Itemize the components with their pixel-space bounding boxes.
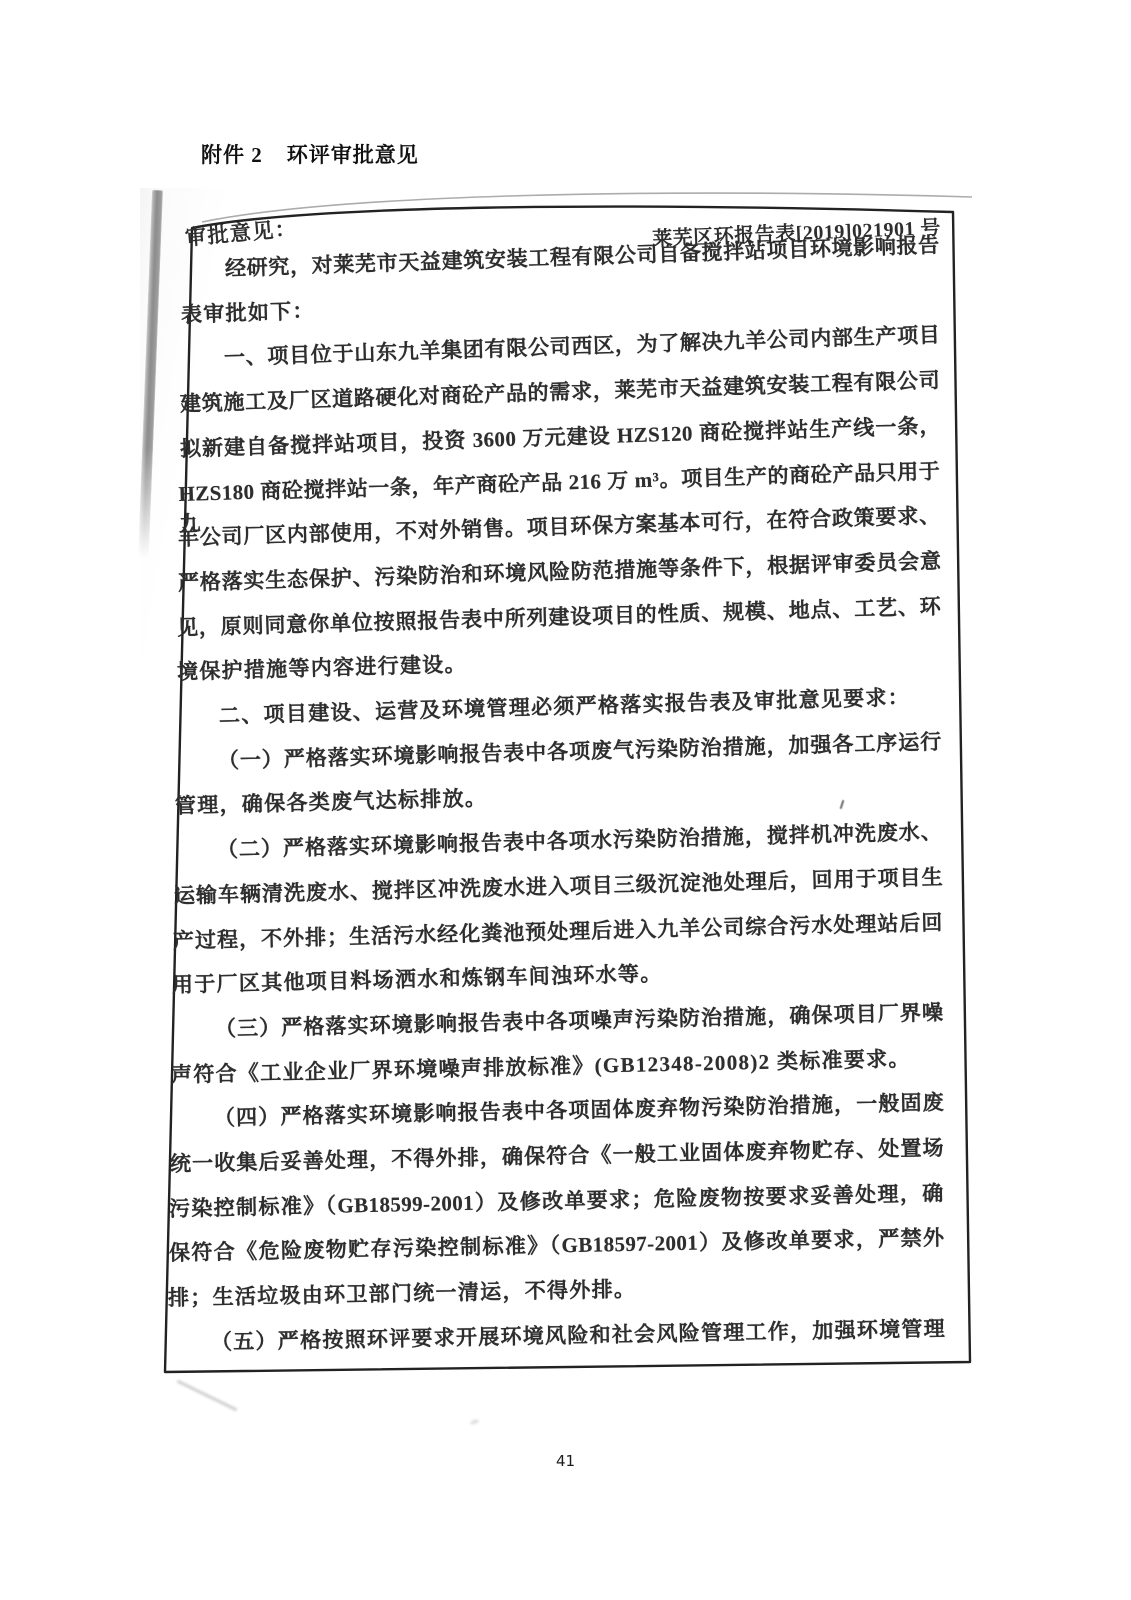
document-line: （二）严格落实环境影响报告表中各项水污染防治措施，搅拌机冲洗废水、 bbox=[174, 817, 943, 866]
document-line: 一、项目位于山东九羊集团有限公司西区，为了解决九羊公司内部生产项目 bbox=[180, 320, 940, 374]
document-line: 用于厂区其他项目料场洒水和炼钢车间浊环水等。 bbox=[172, 952, 943, 1000]
document-line: 表审批如下： bbox=[181, 275, 940, 330]
document-line: 统一收集后妥善处理，不得外排，确保符合《一般工业固体废弃物贮存、处置场 bbox=[170, 1133, 944, 1179]
document-line: 保符合《危险废物贮存污染控制标准》（GB18597-2001）及修改单要求，严禁… bbox=[169, 1223, 945, 1268]
scanned-document-photo: 审批意见： 莱芜区环报告表[2019]021901 号 经研究，对莱芜市天益建筑… bbox=[140, 188, 985, 1438]
document-line: 境保护措施等内容进行建设。 bbox=[176, 636, 942, 687]
document-line: （三）严格落实环境影响报告表中各项噪声污染防治措施，确保项目厂界噪 bbox=[171, 997, 943, 1045]
document-line: 排；生活垃圾由环卫部门统一清运，不得外排。 bbox=[168, 1268, 945, 1313]
document-line: 严格落实生态保护、污染防治和环境风险防范措施等条件下，根据评审委员会意 bbox=[177, 546, 941, 598]
document-line: 见，原则同意你单位按照报告表中所列建设项目的性质、规模、地点、工艺、环 bbox=[177, 591, 942, 643]
attachment-heading: 附件 2环评审批意见 bbox=[201, 139, 419, 169]
attachment-label: 附件 2 bbox=[201, 143, 263, 167]
document-line: （五）严格按照环评要求开展环境风险和社会风险管理工作，加强环境管理 bbox=[167, 1313, 945, 1357]
document-line: （一）严格落实环境影响报告表中各项废气污染防治措施，加强各工序运行 bbox=[175, 726, 942, 776]
document-line: 建筑施工及厂区道路硬化对商砼产品的需求，莱芜市天益建筑安装工程有限公司 bbox=[180, 365, 941, 419]
document-line: 污染控制标准》（GB18599-2001）及修改单要求；危险废物按要求妥善处理，… bbox=[169, 1178, 944, 1224]
page-number: 41 bbox=[0, 1452, 1131, 1470]
document-text: 审批意见： 莱芜区环报告表[2019]021901 号 经研究，对莱芜市天益建筑… bbox=[140, 188, 985, 1438]
attachment-title: 环评审批意见 bbox=[287, 143, 419, 167]
document-line: 声符合《工业企业厂界环境噪声排放标准》(GB12348-2008)2 类标准要求… bbox=[171, 1042, 944, 1089]
document-line: 运输车辆清洗废水、搅拌区冲洗废水进入项目三级沉淀池处理后，回用于项目生 bbox=[173, 862, 943, 911]
document-line: 管理，确保各类废气达标排放。 bbox=[174, 772, 942, 822]
approval-opinion-label: 审批意见： bbox=[184, 212, 299, 252]
document-line: 二、项目建设、运营及环境管理必须严格落实报告表及审批意见要求： bbox=[176, 681, 943, 732]
document-line: （四）严格落实环境影响报告表中各项固体废弃物污染防治措施，一般固废 bbox=[170, 1088, 944, 1135]
document-line: 产过程，不外排；生活污水经化粪池预处理后进入九羊公司综合污水处理站后回 bbox=[173, 907, 943, 955]
document-line: 拟新建自备搅拌站项目，投资 3600 万元建设 HZS120 商砼搅拌站生产线一… bbox=[179, 410, 941, 463]
